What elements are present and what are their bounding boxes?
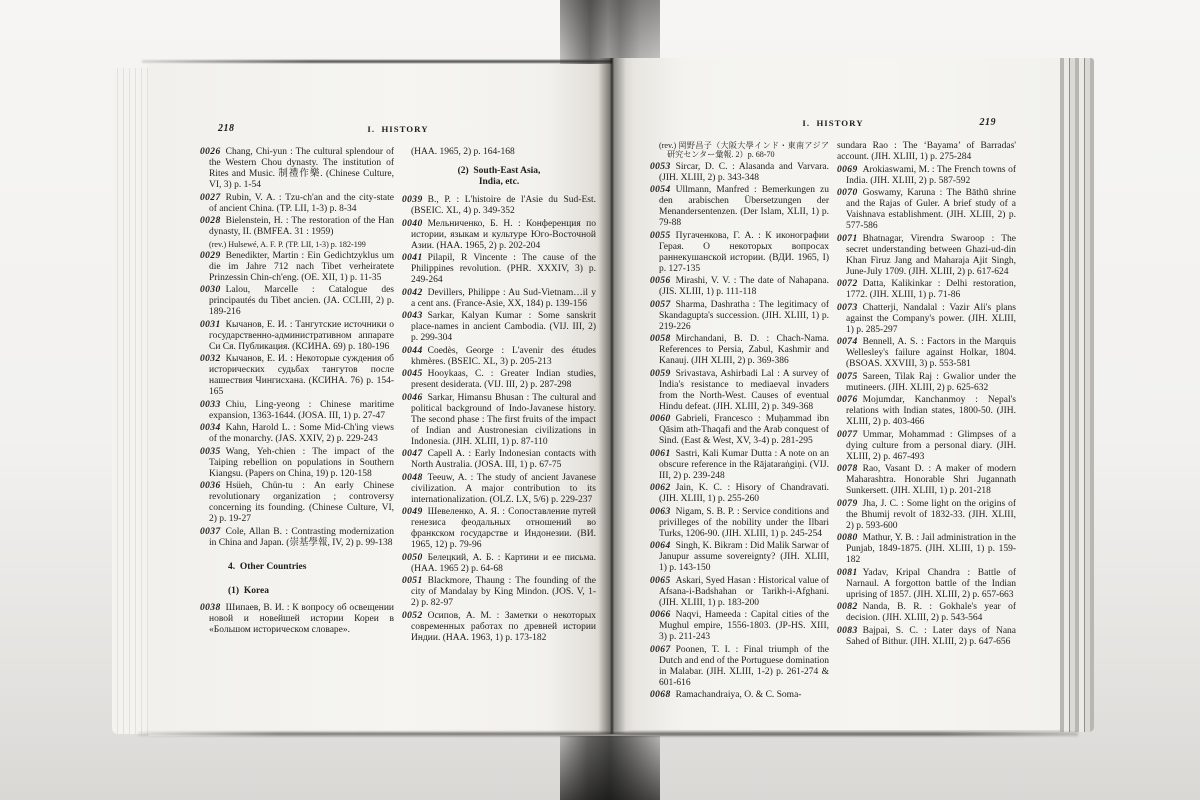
entry-text: Gabrieli, Francesco : Muḥammad ibn Qāsim…	[659, 414, 829, 446]
entry-text: B., P. : L'histoire de l'Asie du Sud-Est…	[411, 195, 596, 216]
entry-number: 0029	[200, 251, 221, 261]
entry-number: 0039	[402, 195, 423, 205]
bib-entry: 0034Kahn, Harold L. : Some Mid-Ch'ing vi…	[200, 423, 394, 445]
entry-text: Мельниченко, Б. Н. : Конференция по исто…	[411, 219, 596, 251]
right-page-header: 219 I. HISTORY	[650, 118, 1016, 134]
bib-entry: 0063Nigam, S. B. P. : Service conditions…	[650, 507, 829, 540]
bib-entry: 0027Rubin, V. A. : Tzu-ch'an and the cit…	[200, 193, 394, 215]
entry-text: Jha, J. C. : Some light on the origins o…	[846, 499, 1016, 531]
bib-entry: (rev.) Hulsewé, A. F. P. (TP. LII, 1-3) …	[200, 240, 394, 249]
entry-text: Bielenstein, H. : The restoration of the…	[209, 216, 394, 237]
entry-text: Пугаченкова, Г. А. : К иконографии Герая…	[659, 231, 829, 274]
bib-entry: 0080Mathur, Y. B. : Jail administration …	[837, 533, 1016, 566]
bib-entry: 0052Осипов, А. М. : Заметки о некоторых …	[402, 611, 596, 644]
bib-entry: 0048Teeuw, A. : The study of ancient Jav…	[402, 473, 596, 506]
bib-entry: 0032Кычанов, Е. И. : Некоторые суждения …	[200, 354, 394, 398]
bib-entry: 0028Bielenstein, H. : The restoration of…	[200, 216, 394, 238]
bib-entry: 0056Mirashi, V. V. : The date of Nahapan…	[650, 276, 829, 298]
entry-number: 0040	[402, 219, 423, 229]
entry-text: (HAA. 1965, 2) p. 164-168	[411, 147, 515, 157]
bib-entry: 0038Шипаев, В. И. : К вопросу об освещен…	[200, 603, 394, 636]
bib-entry: 0067Poonen, T. I. : Final triumph of the…	[650, 645, 829, 689]
entry-text: Шевеленко, А. Я. : Сопоставление путей г…	[411, 507, 596, 550]
bib-entry: 0050Белецкий, А. Б. : Картини и ее письм…	[402, 553, 596, 575]
bib-entry: 0069Arokiaswami, M. : The French towns o…	[837, 165, 1016, 187]
bib-entry: 0060Gabrieli, Francesco : Muḥammad ibn Q…	[650, 414, 829, 447]
entry-number: 0079	[837, 499, 858, 509]
entry-text: Capell A. : Early Indonesian contacts wi…	[411, 449, 596, 470]
right-page-column-1: (rev.) 岡野昌子（大阪大學インド・東南アジア研究センター彙報. 2）p. …	[650, 141, 829, 717]
book-photograph: 218 I. HISTORY 0026Chang, Chi-yun : The …	[0, 0, 1200, 800]
bib-entry: 0070Goswamy, Karuna : The Bāthū shrine a…	[837, 188, 1016, 232]
entry-number: 0059	[650, 369, 671, 379]
entry-text: (rev.) 岡野昌子（大阪大學インド・東南アジア研究センター彙報. 2）p. …	[659, 141, 829, 159]
entry-text: sundara Rao : The ‘Bayama’ of Barradas' …	[837, 141, 1016, 162]
entry-number: 0058	[650, 334, 671, 344]
entry-text: Poonen, T. I. : Final triumph of the Dut…	[659, 645, 829, 688]
bib-entry: 0031Кычанов, Е. И. : Тангутские источник…	[200, 320, 394, 353]
entry-text: Chiu, Ling-yeong : Chinese maritime expa…	[209, 400, 394, 421]
bib-entry: 0065Askari, Syed Hasan : Historical valu…	[650, 576, 829, 609]
entry-text: Sareen, Tilak Raj : Gwalior under the mu…	[846, 372, 1016, 393]
entry-number: 0071	[837, 234, 858, 244]
entry-text: Sircar, D. C. : Alasanda and Varvara. (J…	[659, 162, 829, 183]
bib-entry: 0055Пугаченкова, Г. А. : К иконографии Г…	[650, 231, 829, 275]
entry-text: Bajpai, S. C. : Later days of Nana Sahed…	[846, 626, 1016, 647]
bib-entry: 0042Devillers, Philippe : Au Sud-Vietnam…	[402, 288, 596, 310]
bib-entry: 0068Ramachandraiya, O. & C. Soma-	[650, 690, 829, 701]
entry-text: Lalou, Marcelle : Catalogue des principa…	[209, 285, 394, 317]
bib-entry: 0061Sastri, Kali Kumar Dutta : A note on…	[650, 449, 829, 482]
entry-text: Ramachandraiya, O. & C. Soma-	[676, 690, 802, 700]
bib-entry: 0049Шевеленко, А. Я. : Сопоставление пут…	[402, 507, 596, 551]
entry-number: 0043	[402, 311, 423, 321]
entry-number: 0038	[200, 603, 221, 613]
entry-text: Naqvi, Hameeda : Capital cities of the M…	[659, 610, 829, 642]
right-page: 219 I. HISTORY (rev.) 岡野昌子（大阪大學インド・東南アジア…	[612, 58, 1060, 730]
entry-number: 0033	[200, 400, 221, 410]
entry-number: 0081	[837, 568, 858, 578]
book-spine-bottom	[560, 736, 660, 800]
entry-number: 0069	[837, 165, 858, 175]
entry-number: 0030	[200, 285, 221, 295]
bib-entry: 0030Lalou, Marcelle : Catalogue des prin…	[200, 285, 394, 318]
entry-number: 0041	[402, 253, 423, 263]
entry-text: 4. Other Countries	[228, 562, 306, 572]
bib-entry: 0059Srivastava, Ashirbadi Lal : A survey…	[650, 369, 829, 413]
entry-number: 0044	[402, 346, 423, 356]
entry-number: 0032	[200, 354, 221, 364]
entry-text: Кычанов, Е. И. : Тангутские источники о …	[209, 320, 394, 352]
entry-number: 0082	[837, 602, 858, 612]
page-number: 219	[980, 117, 997, 128]
entry-text: Pilapil, R Vincente : The cause of the P…	[411, 253, 596, 285]
entry-text: Chatterji, Nandalal : Vazir Ali's plans …	[846, 303, 1016, 335]
bib-entry: 0081Yadav, Kripal Chandra : Battle of Na…	[837, 568, 1016, 601]
bib-entry: 0057Sharma, Dashratha : The legitimacy o…	[650, 300, 829, 333]
entry-text: Mirashi, V. V. : The date of Nahapana. (…	[659, 276, 829, 297]
entry-number: 0034	[200, 423, 221, 433]
entry-text: Kahn, Harold L. : Some Mid-Ch'ing views …	[209, 423, 394, 444]
entry-number: 0080	[837, 533, 858, 543]
bib-entry: 0053Sircar, D. C. : Alasanda and Varvara…	[650, 162, 829, 184]
entry-text: Nanda, B. R. : Gokhale's year of decisio…	[846, 602, 1016, 623]
bib-entry: 0072Datta, Kalikinkar : Delhi restoratio…	[837, 279, 1016, 301]
bib-entry: 0045Hooykaas, C. : Greater Indian studie…	[402, 369, 596, 391]
entry-text: Hooykaas, C. : Greater Indian studies, p…	[411, 369, 596, 390]
entry-number: 0054	[650, 185, 671, 195]
entry-text: Mojumdar, Kanchanmoy : Nepal's relations…	[846, 395, 1016, 427]
left-page-fore-edge	[112, 68, 152, 734]
entry-number: 0056	[650, 276, 671, 286]
bib-entry: 0044Coedès, George : L'avenir des études…	[402, 346, 596, 368]
entry-number: 0070	[837, 188, 858, 198]
entry-number: 0072	[837, 279, 858, 289]
bib-entry: 0062Jain, K. C. : Hisory of Chandravati.…	[650, 483, 829, 505]
open-book: 218 I. HISTORY 0026Chang, Chi-yun : The …	[112, 58, 1092, 742]
entry-number: 0053	[650, 162, 671, 172]
bib-entry: 0041Pilapil, R Vincente : The cause of t…	[402, 253, 596, 286]
bib-entry: (rev.) 岡野昌子（大阪大學インド・東南アジア研究センター彙報. 2）p. …	[650, 141, 829, 160]
entry-text: Yadav, Kripal Chandra : Battle of Narnau…	[846, 568, 1016, 600]
entry-text: Hsüeh, Chün-tu : An early Chinese revolu…	[209, 481, 394, 524]
bib-entry: 0076Mojumdar, Kanchanmoy : Nepal's relat…	[837, 395, 1016, 428]
entry-number: 0047	[402, 449, 423, 459]
entry-number: 0060	[650, 414, 671, 424]
entry-text: Singh, K. Bikram : Did Malik Sarwar of J…	[659, 541, 829, 573]
entry-text: Белецкий, А. Б. : Картини и ее письма. (…	[411, 553, 596, 574]
bib-entry: 0066Naqvi, Hameeda : Capital cities of t…	[650, 610, 829, 643]
entry-number: 0075	[837, 372, 858, 382]
entry-number: 0076	[837, 395, 858, 405]
entry-number: 0027	[200, 193, 221, 203]
right-page-column-2: sundara Rao : The ‘Bayama’ of Barradas' …	[837, 141, 1016, 717]
entry-text: Chang, Chi-yun : The cultural splendour …	[209, 147, 394, 190]
running-head: I. HISTORY	[200, 124, 596, 135]
entry-number: 0042	[402, 288, 423, 298]
bib-entry: 0075Sareen, Tilak Raj : Gwalior under th…	[837, 372, 1016, 394]
entry-number: 0057	[650, 300, 671, 310]
entry-text: Rubin, V. A. : Tzu-ch'an and the city-st…	[209, 193, 394, 214]
entry-text: Arokiaswami, M. : The French towns of In…	[846, 165, 1016, 186]
entry-number: 0078	[837, 464, 858, 474]
bib-entry: 0074Bennell, A. S. : Factors in the Marq…	[837, 337, 1016, 370]
bib-entry: 0054Ullmann, Manfred : Bemerkungen zu de…	[650, 185, 829, 229]
bib-entry: 0037Cole, Allan B. : Contrasting moderni…	[200, 527, 394, 549]
entry-text: Wang, Yeh-chien : The impact of the Taip…	[209, 447, 394, 479]
bib-entry: 0047Capell A. : Early Indonesian contact…	[402, 449, 596, 471]
bib-entry: 0073Chatterji, Nandalal : Vazir Ali's pl…	[837, 303, 1016, 336]
entry-number: 0045	[402, 369, 423, 379]
entry-number: 0068	[650, 690, 671, 700]
bib-entry: 0029Benedikter, Martin : Ein Gedichtzykl…	[200, 251, 394, 284]
bib-entry: (2) South-East Asia, India, etc.	[406, 166, 592, 188]
entry-text: Blackmore, Thaung : The founding of the …	[411, 576, 596, 608]
entry-text: Sastri, Kali Kumar Dutta : A note on an …	[659, 449, 829, 481]
bib-entry: (1) Korea	[200, 586, 394, 597]
entry-number: 0065	[650, 576, 671, 586]
entry-number: 0067	[650, 645, 671, 655]
entry-text: Mirchandani, B. D. : Chach-Nama. Referen…	[659, 334, 829, 366]
entry-text: Rao, Vasant D. : A maker of modern Mahar…	[846, 464, 1016, 496]
bib-entry: 0058Mirchandani, B. D. : Chach-Nama. Ref…	[650, 334, 829, 367]
entry-text: Coedès, George : L'avenir des études khm…	[411, 346, 596, 367]
bib-entry: 0039B., P. : L'histoire de l'Asie du Sud…	[402, 195, 596, 217]
entry-number: 0035	[200, 447, 221, 457]
bib-entry: 0064Singh, K. Bikram : Did Malik Sarwar …	[650, 541, 829, 574]
entry-number: 0031	[200, 320, 221, 330]
left-page-column-1: 0026Chang, Chi-yun : The cultural splend…	[200, 147, 394, 723]
entry-number: 0046	[402, 393, 423, 403]
book-spine-top	[560, 0, 660, 64]
entry-text: Sarkar, Himansu Bhusan : The cultural an…	[411, 393, 596, 447]
entry-text: Cole, Allan B. : Contrasting modernizati…	[209, 527, 394, 548]
entry-text: Mathur, Y. B. : Jail administration in t…	[846, 533, 1016, 565]
bib-entry: 0043Sarkar, Kalyan Kumar : Some sanskrit…	[402, 311, 596, 344]
left-page: 218 I. HISTORY 0026Chang, Chi-yun : The …	[148, 64, 612, 736]
entry-number: 0061	[650, 449, 671, 459]
running-head: I. HISTORY	[650, 118, 1016, 129]
bib-entry: 0051Blackmore, Thaung : The founding of …	[402, 576, 596, 609]
entry-number: 0026	[200, 147, 221, 157]
bib-entry: 0082Nanda, B. R. : Gokhale's year of dec…	[837, 602, 1016, 624]
entry-number: 0073	[837, 303, 858, 313]
left-page-column-2: (HAA. 1965, 2) p. 164-168(2) South-East …	[402, 147, 596, 723]
entry-number: 0037	[200, 527, 221, 537]
entry-number: 0064	[650, 541, 671, 551]
bib-entry: (HAA. 1965, 2) p. 164-168	[402, 147, 596, 158]
entry-number: 0049	[402, 507, 423, 517]
entry-number: 0050	[402, 553, 423, 563]
entry-number: 0036	[200, 481, 221, 491]
bib-entry: 4. Other Countries	[200, 562, 394, 573]
entry-text: (rev.) Hulsewé, A. F. P. (TP. LII, 1-3) …	[209, 240, 366, 249]
entry-number: 0074	[837, 337, 858, 347]
entry-text: Teeuw, A. : The study of ancient Javanes…	[411, 473, 596, 505]
entry-number: 0066	[650, 610, 671, 620]
bib-entry: 0040Мельниченко, Б. Н. : Конференция по …	[402, 219, 596, 252]
entry-text: Askari, Syed Hasan : Historical value of…	[659, 576, 829, 608]
entry-number: 0083	[837, 626, 858, 636]
entry-text: Nigam, S. B. P. : Service conditions and…	[659, 507, 829, 539]
entry-text: Goswamy, Karuna : The Bāthū shrine and t…	[846, 188, 1016, 231]
entry-text: Jain, K. C. : Hisory of Chandravati. (JI…	[659, 483, 829, 504]
entry-text: Srivastava, Ashirbadi Lal : A survey of …	[659, 369, 829, 412]
entry-text: Осипов, А. М. : Заметки о некоторых совр…	[411, 611, 596, 643]
entry-text: Кычанов, Е. И. : Некоторые суждения об и…	[209, 354, 394, 397]
entry-number: 0062	[650, 483, 671, 493]
entry-text: Ummar, Mohammad : Glimpses of a dying cu…	[846, 430, 1016, 462]
entry-number: 0063	[650, 507, 671, 517]
left-page-header: 218 I. HISTORY	[200, 124, 596, 140]
entry-text: (1) Korea	[228, 586, 269, 596]
entry-number: 0077	[837, 430, 858, 440]
bib-entry: 0077Ummar, Mohammad : Glimpses of a dyin…	[837, 430, 1016, 463]
bib-entry: 0071Bhatnagar, Virendra Swaroop : The se…	[837, 234, 1016, 278]
bib-entry: 0026Chang, Chi-yun : The cultural splend…	[200, 147, 394, 191]
bib-entry: 0078Rao, Vasant D. : A maker of modern M…	[837, 464, 1016, 497]
entry-number: 0052	[402, 611, 423, 621]
right-page-fore-edge	[1060, 58, 1094, 732]
bib-entry: 0035Wang, Yeh-chien : The impact of the …	[200, 447, 394, 480]
entry-text: Bhatnagar, Virendra Swaroop : The secret…	[846, 234, 1016, 277]
entry-number: 0055	[650, 231, 671, 241]
entry-text: Sarkar, Kalyan Kumar : Some sanskrit pla…	[411, 311, 596, 343]
entry-number: 0051	[402, 576, 423, 586]
bib-entry: 0046Sarkar, Himansu Bhusan : The cultura…	[402, 393, 596, 448]
entry-text: (2) South-East Asia, India, etc.	[458, 166, 541, 187]
bib-entry: 0036Hsüeh, Chün-tu : An early Chinese re…	[200, 481, 394, 525]
entry-number: 0028	[200, 216, 221, 226]
entry-text: Sharma, Dashratha : The legitimacy of Sk…	[659, 300, 829, 332]
bib-entry: 0079Jha, J. C. : Some light on the origi…	[837, 499, 1016, 532]
entry-text: Ullmann, Manfred : Bemerkungen zu den ar…	[659, 185, 829, 228]
entry-text: Шипаев, В. И. : К вопросу об освещении н…	[209, 603, 394, 635]
entry-text: Devillers, Philippe : Au Sud-Vietnam…il …	[411, 288, 596, 309]
entry-text: Bennell, A. S. : Factors in the Marquis …	[846, 337, 1016, 369]
bib-entry: 0033Chiu, Ling-yeong : Chinese maritime …	[200, 400, 394, 422]
entry-number: 0048	[402, 473, 423, 483]
page-number: 218	[218, 123, 235, 134]
entry-text: Datta, Kalikinkar : Delhi restoration, 1…	[846, 279, 1016, 300]
entry-text: Benedikter, Martin : Ein Gedichtzyklus u…	[209, 251, 394, 283]
bib-entry: sundara Rao : The ‘Bayama’ of Barradas' …	[837, 141, 1016, 163]
bib-entry: 0083Bajpai, S. C. : Later days of Nana S…	[837, 626, 1016, 648]
